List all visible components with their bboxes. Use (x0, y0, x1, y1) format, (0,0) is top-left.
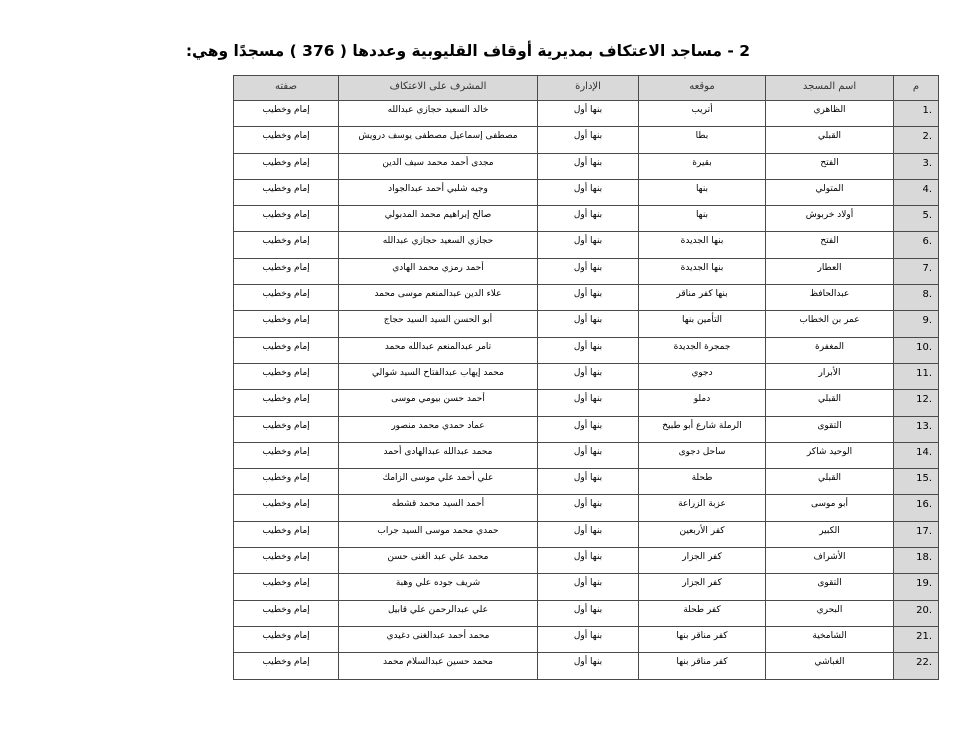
cell-supervisor: مصطفى إسماعيل مصطفى يوسف درويش (339, 127, 538, 153)
cell-role: إمام وخطيب (234, 495, 339, 521)
cell-location: عزبة الزراعة (639, 495, 766, 521)
cell-administration: بنها أول (538, 600, 639, 626)
cell-mosque-name: الظاهري (766, 101, 894, 127)
table-row: 4.المتوليبنهابنها أولوجيه شلبي أحمد عبدا… (234, 179, 939, 205)
table-header: م اسم المسجد موقعه الإدارة المشرف على ال… (234, 76, 939, 101)
cell-supervisor: أحمد حسن بيومي موسى (339, 390, 538, 416)
cell-supervisor: أبو الحسن السيد السيد حجاج (339, 311, 538, 337)
cell-num: 9. (894, 311, 939, 337)
cell-location: كفر مناقر بنها (639, 653, 766, 679)
cell-supervisor: مجدى أحمد محمد سيف الدين (339, 153, 538, 179)
cell-role: إمام وخطيب (234, 311, 339, 337)
cell-mosque-name: البحري (766, 600, 894, 626)
cell-mosque-name: الشامخية (766, 626, 894, 652)
cell-num: 19. (894, 574, 939, 600)
cell-supervisor: علاء الدين عبدالمنعم موسى محمد (339, 285, 538, 311)
header-row: م اسم المسجد موقعه الإدارة المشرف على ال… (234, 76, 939, 101)
cell-location: بنها كفر مناقر (639, 285, 766, 311)
cell-mosque-name: الفتح (766, 153, 894, 179)
cell-mosque-name: الفتح (766, 232, 894, 258)
cell-num: 10. (894, 337, 939, 363)
table-row: 12.القبليدملوبنها أولأحمد حسن بيومي موسى… (234, 390, 939, 416)
cell-mosque-name: العطار (766, 258, 894, 284)
table-row: 1.الظاهريأتريببنها أولخالد السعيد حجازي … (234, 101, 939, 127)
cell-mosque-name: القبلي (766, 390, 894, 416)
table-row: 21.الشامخيةكفر مناقر بنهابنها أولمحمد أح… (234, 626, 939, 652)
cell-role: إمام وخطيب (234, 442, 339, 468)
cell-num: 7. (894, 258, 939, 284)
cell-location: كفر الجزار (639, 574, 766, 600)
cell-role: إمام وخطيب (234, 363, 339, 389)
table-row: 3.الفتحبقيرةبنها أولمجدى أحمد محمد سيف ا… (234, 153, 939, 179)
table-row: 10.المغفرةجمجرة الجديدةبنها أولتامر عبدا… (234, 337, 939, 363)
table-row: 19.التقوىكفر الجزاربنها أولشريف جوده علي… (234, 574, 939, 600)
table-row: 18.الأشرافكفر الجزاربنها أولمحمد علي عبد… (234, 548, 939, 574)
cell-location: ساحل دجوى (639, 442, 766, 468)
cell-num: 13. (894, 416, 939, 442)
cell-role: إمام وخطيب (234, 153, 339, 179)
cell-role: إمام وخطيب (234, 548, 339, 574)
header-role: صفته (234, 76, 339, 101)
cell-mosque-name: التقوى (766, 416, 894, 442)
table-row: 22.الغباشيكفر مناقر بنهابنها أولمحمد حسي… (234, 653, 939, 679)
cell-supervisor: وجيه شلبي أحمد عبدالجواد (339, 179, 538, 205)
cell-role: إمام وخطيب (234, 285, 339, 311)
cell-location: بنها (639, 206, 766, 232)
cell-administration: بنها أول (538, 390, 639, 416)
cell-mosque-name: عمر بن الخطاب (766, 311, 894, 337)
cell-num: 18. (894, 548, 939, 574)
cell-administration: بنها أول (538, 285, 639, 311)
table-row: 11.الأبراردجويبنها أولمحمد إيهاب عبدالفت… (234, 363, 939, 389)
cell-supervisor: علي عبدالرحمن علي قابيل (339, 600, 538, 626)
cell-supervisor: تامر عبدالمنعم عبدالله محمد (339, 337, 538, 363)
cell-location: التأمين بنها (639, 311, 766, 337)
cell-location: كفر طحلة (639, 600, 766, 626)
table-row: 5.أولاد خربوشبنهابنها أولصالح إبراهيم مح… (234, 206, 939, 232)
cell-num: 20. (894, 600, 939, 626)
mosques-table-container: م اسم المسجد موقعه الإدارة المشرف على ال… (233, 75, 938, 680)
cell-supervisor: محمد إيهاب عبدالفتاح السيد شوالي (339, 363, 538, 389)
cell-role: إمام وخطيب (234, 390, 339, 416)
cell-administration: بنها أول (538, 337, 639, 363)
table-row: 16.أبو موسىعزبة الزراعةبنها أولأحمد السي… (234, 495, 939, 521)
cell-num: 4. (894, 179, 939, 205)
cell-location: بقيرة (639, 153, 766, 179)
cell-mosque-name: الأبرار (766, 363, 894, 389)
cell-location: أتريب (639, 101, 766, 127)
cell-administration: بنها أول (538, 442, 639, 468)
cell-num: 11. (894, 363, 939, 389)
cell-administration: بنها أول (538, 469, 639, 495)
cell-mosque-name: أبو موسى (766, 495, 894, 521)
cell-num: 1. (894, 101, 939, 127)
cell-administration: بنها أول (538, 127, 639, 153)
cell-location: بنها الجديدة (639, 232, 766, 258)
cell-mosque-name: الغباشي (766, 653, 894, 679)
cell-mosque-name: الوحيد شاكر (766, 442, 894, 468)
cell-location: دجوي (639, 363, 766, 389)
cell-supervisor: علي أحمد علي موسى الزامك (339, 469, 538, 495)
cell-administration: بنها أول (538, 626, 639, 652)
cell-mosque-name: الكبير (766, 521, 894, 547)
cell-role: إمام وخطيب (234, 521, 339, 547)
cell-mosque-name: عبدالحافظ (766, 285, 894, 311)
cell-mosque-name: أولاد خربوش (766, 206, 894, 232)
table-row: 9.عمر بن الخطابالتأمين بنهابنها أولأبو ا… (234, 311, 939, 337)
cell-administration: بنها أول (538, 101, 639, 127)
cell-mosque-name: الأشراف (766, 548, 894, 574)
cell-administration: بنها أول (538, 548, 639, 574)
cell-location: طحلة (639, 469, 766, 495)
cell-num: 17. (894, 521, 939, 547)
cell-role: إمام وخطيب (234, 127, 339, 153)
cell-administration: بنها أول (538, 206, 639, 232)
table-row: 17.الكبيركفر الأربعينبنها أولحمدي محمد م… (234, 521, 939, 547)
table-row: 13.التقوىالرملة شارع أبو طبيخبنها أولعما… (234, 416, 939, 442)
cell-num: 21. (894, 626, 939, 652)
cell-supervisor: خالد السعيد حجازي عبدالله (339, 101, 538, 127)
cell-num: 8. (894, 285, 939, 311)
cell-administration: بنها أول (538, 153, 639, 179)
cell-supervisor: محمد علي عبد الغنى حسن (339, 548, 538, 574)
table-row: 8.عبدالحافظبنها كفر مناقربنها أولعلاء ال… (234, 285, 939, 311)
cell-location: الرملة شارع أبو طبيخ (639, 416, 766, 442)
cell-mosque-name: القبلي (766, 127, 894, 153)
cell-supervisor: حجازي السعيد حجازي عبدالله (339, 232, 538, 258)
cell-location: جمجرة الجديدة (639, 337, 766, 363)
cell-num: 16. (894, 495, 939, 521)
cell-location: كفر الأربعين (639, 521, 766, 547)
cell-num: 15. (894, 469, 939, 495)
cell-mosque-name: المغفرة (766, 337, 894, 363)
cell-mosque-name: التقوى (766, 574, 894, 600)
cell-administration: بنها أول (538, 311, 639, 337)
cell-mosque-name: المتولي (766, 179, 894, 205)
table-row: 20.البحريكفر طحلةبنها أولعلي عبدالرحمن ع… (234, 600, 939, 626)
cell-location: كفر مناقر بنها (639, 626, 766, 652)
cell-supervisor: محمد عبدالله عبدالهادى أحمد (339, 442, 538, 468)
cell-location: بنها الجديدة (639, 258, 766, 284)
header-location: موقعه (639, 76, 766, 101)
cell-administration: بنها أول (538, 232, 639, 258)
cell-supervisor: صالح إبراهيم محمد المدبولي (339, 206, 538, 232)
table-row: 15.القبليطحلةبنها أولعلي أحمد علي موسى ا… (234, 469, 939, 495)
cell-role: إمام وخطيب (234, 101, 339, 127)
cell-administration: بنها أول (538, 363, 639, 389)
cell-num: 5. (894, 206, 939, 232)
table-row: 7.العطاربنها الجديدةبنها أولأحمد رمزي مح… (234, 258, 939, 284)
cell-administration: بنها أول (538, 495, 639, 521)
cell-mosque-name: القبلي (766, 469, 894, 495)
cell-role: إمام وخطيب (234, 232, 339, 258)
cell-num: 22. (894, 653, 939, 679)
cell-administration: بنها أول (538, 416, 639, 442)
cell-supervisor: عماد حمدي محمد منصور (339, 416, 538, 442)
header-supervisor: المشرف على الاعتكاف (339, 76, 538, 101)
cell-role: إمام وخطيب (234, 206, 339, 232)
table-row: 14.الوحيد شاكرساحل دجوىبنها أولمحمد عبدا… (234, 442, 939, 468)
mosques-table: م اسم المسجد موقعه الإدارة المشرف على ال… (233, 75, 939, 680)
cell-administration: بنها أول (538, 521, 639, 547)
header-mosque-name: اسم المسجد (766, 76, 894, 101)
cell-supervisor: شريف جوده علي وهبة (339, 574, 538, 600)
cell-supervisor: محمد أحمد عبدالغنى دغيدي (339, 626, 538, 652)
header-administration: الإدارة (538, 76, 639, 101)
cell-location: بطا (639, 127, 766, 153)
cell-role: إمام وخطيب (234, 337, 339, 363)
cell-administration: بنها أول (538, 653, 639, 679)
cell-supervisor: أحمد رمزي محمد الهادي (339, 258, 538, 284)
cell-num: 3. (894, 153, 939, 179)
cell-num: 6. (894, 232, 939, 258)
cell-role: إمام وخطيب (234, 574, 339, 600)
cell-num: 12. (894, 390, 939, 416)
table-row: 2.القبليبطابنها أولمصطفى إسماعيل مصطفى ي… (234, 127, 939, 153)
cell-administration: بنها أول (538, 179, 639, 205)
header-num: م (894, 76, 939, 101)
cell-num: 14. (894, 442, 939, 468)
cell-administration: بنها أول (538, 574, 639, 600)
cell-role: إمام وخطيب (234, 179, 339, 205)
cell-role: إمام وخطيب (234, 600, 339, 626)
table-row: 6.الفتحبنها الجديدةبنها أولحجازي السعيد … (234, 232, 939, 258)
cell-role: إمام وخطيب (234, 469, 339, 495)
cell-location: بنها (639, 179, 766, 205)
cell-role: إمام وخطيب (234, 626, 339, 652)
cell-supervisor: محمد حسين عبدالسلام محمد (339, 653, 538, 679)
cell-supervisor: أحمد السيد محمد قشطه (339, 495, 538, 521)
cell-role: إمام وخطيب (234, 416, 339, 442)
cell-num: 2. (894, 127, 939, 153)
cell-location: كفر الجزار (639, 548, 766, 574)
cell-administration: بنها أول (538, 258, 639, 284)
cell-supervisor: حمدي محمد موسى السيد جراب (339, 521, 538, 547)
document-title: 2 - مساجد الاعتكاف بمديرية أوقاف القليوب… (250, 40, 750, 62)
cell-role: إمام وخطيب (234, 258, 339, 284)
table-body: 1.الظاهريأتريببنها أولخالد السعيد حجازي … (234, 101, 939, 680)
cell-role: إمام وخطيب (234, 653, 339, 679)
cell-location: دملو (639, 390, 766, 416)
